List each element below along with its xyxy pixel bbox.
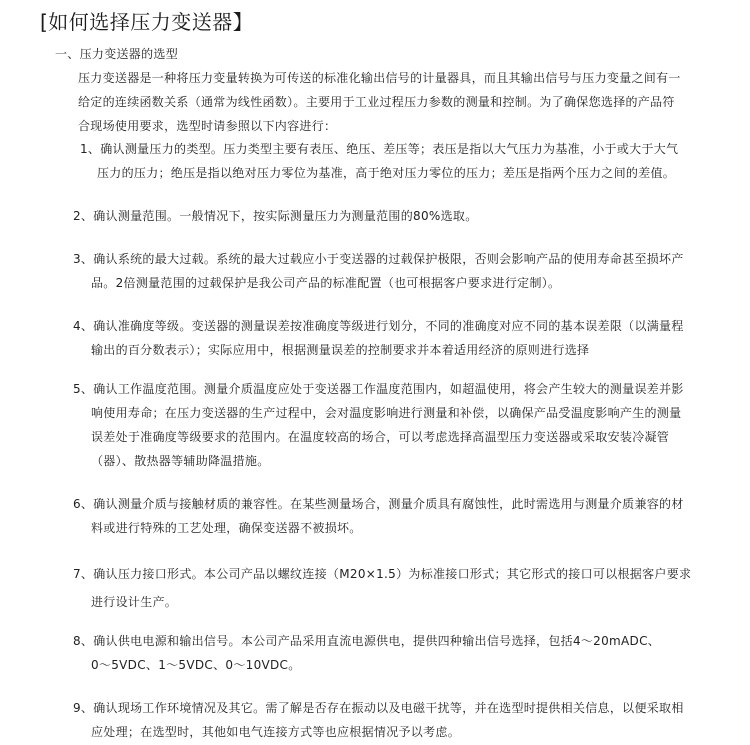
list-item-8: 8、确认供电电源和输出信号。本公司产品采用直流电源供电，提供四种输出信号选择，包… (73, 633, 660, 649)
list-item-7-cont: 进行设计生产。 (91, 594, 177, 610)
list-item-3-cont: 品。2倍测量范围的过载保护是我公司产品的标准配置（也可根据客户要求进行定制）。 (91, 275, 560, 291)
list-item-9-cont: 应处理；在选型时，其他如电气连接方式等也应根据情况予以考虑。 (91, 724, 460, 740)
list-item-1-cont: 压力的压力；绝压是指以绝对压力零位为基准，高于绝对压力零位的压力；差压是指两个压… (97, 165, 675, 181)
list-item-8-cont: 0～5VDC、1～5VDC、0～10VDC。 (91, 657, 301, 673)
intro-line: 合现场使用要求，选型时请参照以下内容进行： (78, 118, 336, 134)
list-item-9: 9、确认现场工作环境情况及其它。需了解是否存在振动以及电磁干扰等，并在选型时提供… (73, 700, 684, 716)
list-item-5-cont: 响使用寿命；在压力变送器的生产过程中，会对温度影响进行测量和补偿，以确保产品受温… (91, 405, 681, 421)
list-item-6: 6、确认测量介质与接触材质的兼容性。在某些测量场合，测量介质具有腐蚀性，此时需选… (73, 496, 684, 512)
section-heading: 一、压力变送器的选型 (55, 46, 178, 62)
list-item-5: 5、确认工作温度范围。测量介质温度应处于变送器工作温度范围内，如超温使用，将会产… (73, 381, 684, 397)
list-item-6-cont: 料或进行特殊的工艺处理，确保变送器不被损坏。 (91, 520, 362, 536)
list-item-3: 3、确认系统的最大过载。系统的最大过载应小于变送器的过载保护极限，否则会影响产品… (73, 251, 684, 267)
page-title: [如何选择压力变送器】 (40, 6, 253, 38)
list-item-5-cont: 误差处于准确度等级要求的范围内。在温度较高的场合，可以考虑选择高温型压力变送器或… (91, 429, 669, 445)
list-item-2: 2、确认测量范围。一般情况下，按实际测量压力为测量范围的80%选取。 (73, 208, 478, 224)
list-item-1: 1、确认测量压力的类型。压力类型主要有表压、绝压、差压等；表压是指以大气压力为基… (80, 141, 678, 157)
list-item-4-cont: 输出的百分数表示）；实际应用中，根据测量误差的控制要求并本着适用经济的原则进行选… (91, 342, 589, 358)
list-item-7: 7、确认压力接口形式。本公司产品以螺纹连接（M20×1.5）为标准接口形式；其它… (73, 566, 691, 582)
list-item-4: 4、确认准确度等级。变送器的测量误差按准确度等级进行划分，不同的准确度对应不同的… (73, 318, 684, 334)
intro-line: 压力变送器是一种将压力变量转换为可传送的标准化输出信号的计量器具，而且其输出信号… (78, 70, 681, 86)
list-item-5-cont: （器）、散热器等辅助降温措施。 (91, 453, 270, 469)
intro-line: 给定的连续函数关系（通常为线性函数）。主要用于工业过程压力参数的测量和控制。为了… (78, 94, 675, 110)
